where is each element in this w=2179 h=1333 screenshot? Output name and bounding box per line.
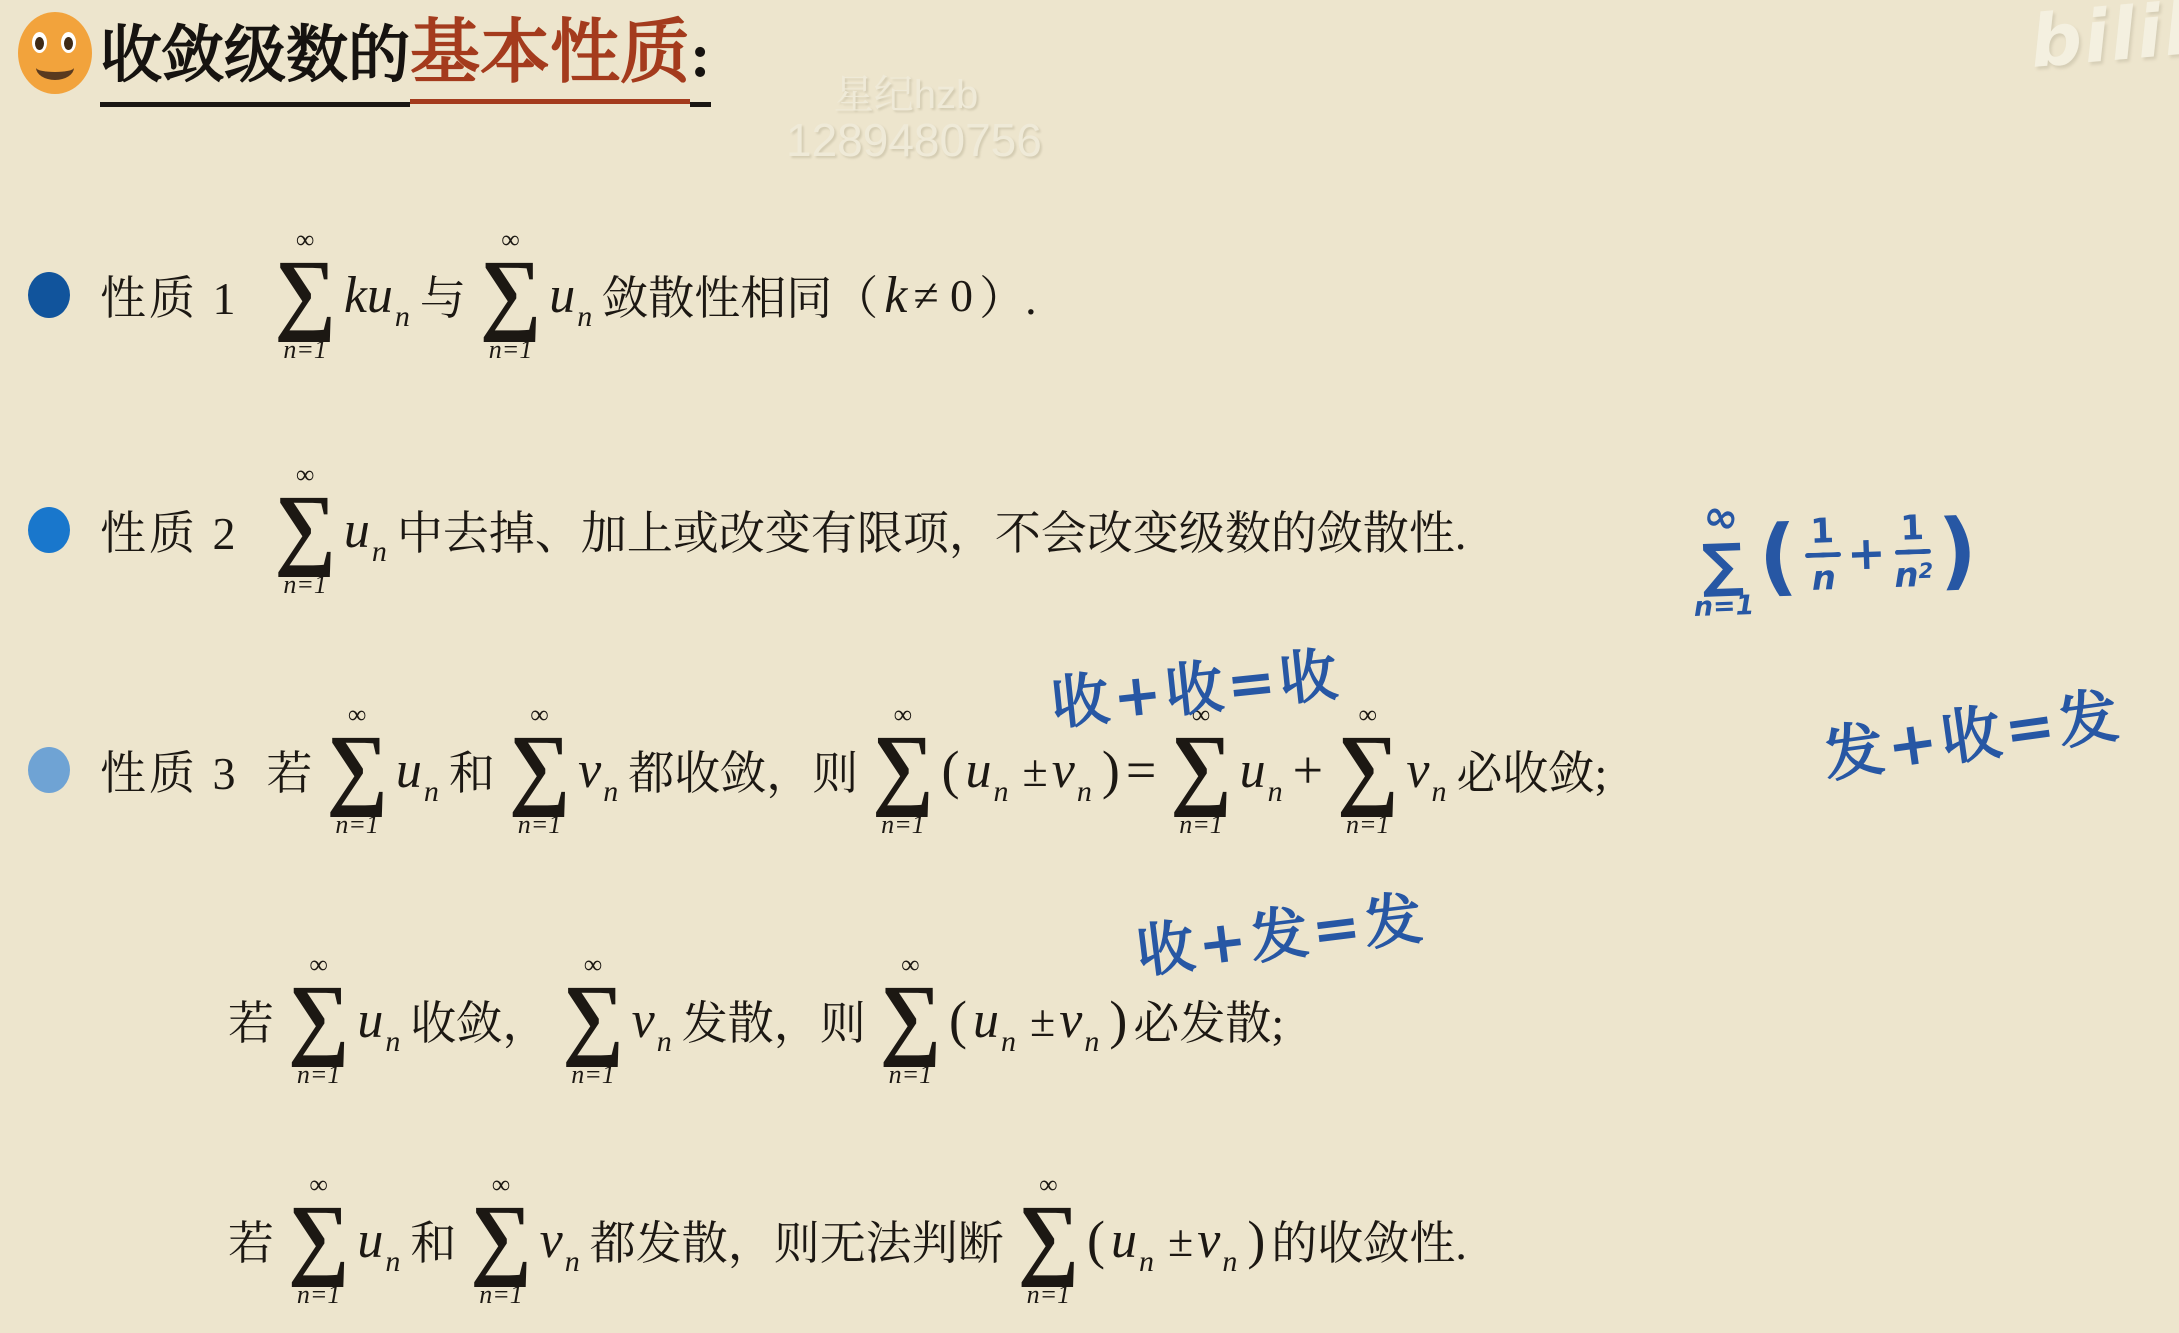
term-v-n: vn: [578, 741, 618, 800]
summation: ∞ ∑ n=1: [275, 227, 336, 362]
variable: u: [357, 992, 383, 1049]
term-u-n: un: [549, 266, 592, 325]
and-text: 和: [410, 1207, 456, 1273]
variable: v: [1406, 742, 1429, 799]
not-equal-zero: ≠ 0: [913, 269, 973, 322]
sigma-symbol: ∑: [509, 726, 570, 810]
subscript: n: [1432, 775, 1447, 808]
property-3-label: 性质 3: [100, 737, 239, 803]
subscript: n: [603, 775, 618, 808]
variable: v: [1197, 1212, 1220, 1269]
summation: ∞ ∑ n=1: [509, 702, 570, 837]
handwritten-sigma: ∑: [1701, 537, 1745, 594]
summation: ∞ ∑ n=1: [327, 702, 388, 837]
title-black-part: 收敛级数的: [100, 21, 410, 107]
diverges-then-text: 发散，则: [682, 987, 866, 1053]
term-u-n: un: [344, 501, 387, 560]
denominator: n2: [1894, 557, 1934, 592]
sigma-symbol: ∑: [275, 251, 336, 335]
plus-sign: +: [1293, 739, 1323, 801]
sigma-symbol: ∑: [1170, 726, 1231, 810]
property-1-text: 敛散性相同（: [602, 262, 878, 328]
variable: v: [578, 742, 601, 799]
subscript: n: [1001, 1025, 1016, 1058]
handwritten-rule-div-plus-conv: 发+收=发: [1817, 668, 2127, 795]
variable: u: [396, 742, 422, 799]
fraction-one-over-n: 1 n: [1804, 513, 1843, 595]
both-diverge-cannot-judge-text: 都发散，则无法判断: [590, 1207, 1004, 1273]
bullet-dark-blue: [28, 272, 70, 318]
conjunction-text: 与: [420, 262, 466, 328]
variable: u: [973, 992, 999, 1049]
close-paren: ): [1102, 739, 1120, 801]
variable: v: [540, 1212, 563, 1269]
subscript: n: [385, 1245, 400, 1278]
summation: ∞ ∑ n=1: [470, 1172, 531, 1307]
page-title: 收敛级数的基本性质:: [100, 14, 711, 107]
summation: ∞ ∑ n=1: [275, 462, 336, 597]
variable: v: [632, 992, 655, 1049]
sigma-symbol: ∑: [1018, 1196, 1079, 1280]
plus-minus-sign: ±: [1023, 744, 1048, 797]
sigma-symbol: ∑: [562, 976, 623, 1060]
term-v-n: vn: [632, 991, 672, 1050]
denominator-base: n: [1894, 555, 1920, 596]
term-v-n: vn: [540, 1211, 580, 1270]
subscript: n: [395, 300, 410, 333]
term-u-n: un: [357, 991, 400, 1050]
term-u-n: un: [973, 991, 1016, 1050]
fraction-bar: [1895, 548, 1931, 554]
term-u-n: un: [966, 741, 1009, 800]
fraction-bar: [1805, 551, 1841, 557]
term-u-n: un: [1111, 1211, 1154, 1270]
bullet-blue: [28, 507, 70, 553]
subscript: n: [1268, 775, 1283, 808]
variable: v: [1052, 742, 1075, 799]
smiley-emoji-icon: [18, 12, 92, 94]
plus-minus-sign: ±: [1168, 1214, 1193, 1267]
bullet-light-blue: [28, 747, 70, 793]
if-text: 若: [267, 737, 313, 803]
property-1-label: 性质 1: [100, 262, 239, 328]
property-3-case-3-row: 若 ∞ ∑ n=1 un 和 ∞ ∑ n=1 vn 都发散，则无法判断 ∞ ∑ …: [228, 1150, 1473, 1330]
variable-k: k: [884, 266, 907, 325]
property-1-row: 性质 1 ∞ ∑ n=1 kun 与 ∞ ∑ n=1 un 敛散性相同（ k ≠…: [28, 205, 1043, 385]
summation: ∞ ∑ n=1: [1018, 1172, 1079, 1307]
sigma-symbol: ∑: [880, 976, 941, 1060]
property-3-case-2-row: 若 ∞ ∑ n=1 un 收敛， ∞ ∑ n=1 vn 发散，则 ∞ ∑ n=1…: [228, 930, 1290, 1110]
handwritten-close-paren: ): [1937, 507, 1978, 592]
lecture-slide: { "page": { "background": "#ede5cd", "in…: [0, 0, 2179, 1333]
if-text: 若: [228, 987, 274, 1053]
title-red-part: 基本性质: [410, 14, 690, 104]
subscript: n: [994, 775, 1009, 808]
plus-minus-sign: ±: [1030, 994, 1055, 1047]
subscript: n: [577, 300, 592, 333]
subscript: n: [372, 535, 387, 568]
subscript: n: [565, 1245, 580, 1278]
sigma-symbol: ∑: [275, 486, 336, 570]
fraction-one-over-n-squared: 1 n2: [1892, 510, 1934, 592]
summation: ∞ ∑ n=1: [480, 227, 541, 362]
variable: u: [966, 742, 992, 799]
property-2-text: 中去掉、加上或改变有限项，不会改变级数的敛散性.: [397, 497, 1467, 563]
summation: ∞ ∑ n=1: [562, 952, 623, 1087]
close-paren: ): [1109, 989, 1127, 1051]
watermark-name: 星纪hzb: [786, 74, 1026, 116]
open-paren: (: [942, 739, 960, 801]
property-2-label: 性质 2: [100, 497, 239, 563]
subscript: n: [657, 1025, 672, 1058]
sigma-symbol: ∑: [480, 251, 541, 335]
sigma-symbol: ∑: [288, 976, 349, 1060]
watermark-id: 1289480756: [786, 116, 1026, 164]
emoji-left-eye: [32, 32, 47, 53]
variable: v: [1059, 992, 1082, 1049]
converges-text: 收敛，: [410, 987, 548, 1053]
subscript: n: [1084, 1025, 1099, 1058]
must-diverge-text: 必发散;: [1133, 987, 1284, 1053]
summation: ∞ ∑ n=1: [288, 1172, 349, 1307]
summation: ∞ ∑ n=1: [288, 952, 349, 1087]
close-paren: ): [1247, 1209, 1265, 1271]
handwritten-series-example: ∞ ∑ n=1 ( 1 n + 1 n2 ): [1690, 487, 1985, 621]
handwritten-lower-limit: n=1: [1693, 592, 1755, 621]
property-2-row: 性质 2 ∞ ∑ n=1 un 中去掉、加上或改变有限项，不会改变级数的敛散性.: [28, 440, 1472, 620]
subscript: n: [1222, 1245, 1237, 1278]
and-text: 和: [449, 737, 495, 803]
variable: ku: [344, 267, 393, 324]
variable: u: [1111, 1212, 1137, 1269]
handwritten-open-paren: (: [1757, 513, 1798, 598]
equals-sign: =: [1126, 739, 1156, 801]
term-u-n: un: [396, 741, 439, 800]
open-paren: (: [949, 989, 967, 1051]
term-u-n: un: [357, 1211, 400, 1270]
summation: ∞ ∑ n=1: [1337, 702, 1398, 837]
subscript: n: [1077, 775, 1092, 808]
denominator-exponent: 2: [1918, 558, 1933, 582]
variable: u: [344, 502, 370, 559]
term-v-n: vn: [1197, 1211, 1237, 1270]
subscript: n: [385, 1025, 400, 1058]
if-text: 若: [228, 1207, 274, 1273]
sigma-symbol: ∑: [288, 1196, 349, 1280]
both-converge-text: 都收敛，则: [628, 737, 858, 803]
denominator: n: [1811, 561, 1836, 596]
emoji-right-eye: [61, 32, 76, 53]
open-paren: (: [1087, 1209, 1105, 1271]
summation: ∞ ∑ n=1: [880, 952, 941, 1087]
numerator: 1: [1900, 511, 1925, 546]
sigma-symbol: ∑: [470, 1196, 531, 1280]
summation: ∞ ∑ n=1: [872, 702, 933, 837]
title-colon: :: [690, 21, 711, 107]
variable: u: [357, 1212, 383, 1269]
handwritten-plus: +: [1846, 525, 1886, 580]
variable: u: [1240, 742, 1266, 799]
property-3-row: 性质 3 若 ∞ ∑ n=1 un 和 ∞ ∑ n=1 vn 都收敛，则 ∞ ∑…: [28, 680, 1613, 860]
handwritten-rule-conv-plus-div: 收+发=发: [1131, 871, 1430, 990]
term-u-n: un: [1240, 741, 1283, 800]
term-v-n: vn: [1059, 991, 1099, 1050]
subscript: n: [424, 775, 439, 808]
must-converge-text: 必收敛;: [1457, 737, 1608, 803]
numerator: 1: [1810, 514, 1835, 549]
term-v-n: vn: [1052, 741, 1092, 800]
sigma-symbol: ∑: [872, 726, 933, 810]
sigma-symbol: ∑: [327, 726, 388, 810]
bilibili-logo-watermark: bilib: [2027, 0, 2179, 84]
watermark: 星纪hzb 1289480756: [786, 74, 1026, 164]
sigma-symbol: ∑: [1337, 726, 1398, 810]
variable: u: [549, 267, 575, 324]
subscript: n: [1139, 1245, 1154, 1278]
its-convergence-text: 的收敛性.: [1271, 1207, 1467, 1273]
property-1-text-end: ）.: [979, 262, 1037, 328]
handwritten-summation: ∞ ∑ n=1: [1690, 495, 1755, 621]
emoji-smile: [36, 56, 74, 80]
term-ku-n: kun: [344, 266, 410, 325]
term-v-n: vn: [1406, 741, 1446, 800]
